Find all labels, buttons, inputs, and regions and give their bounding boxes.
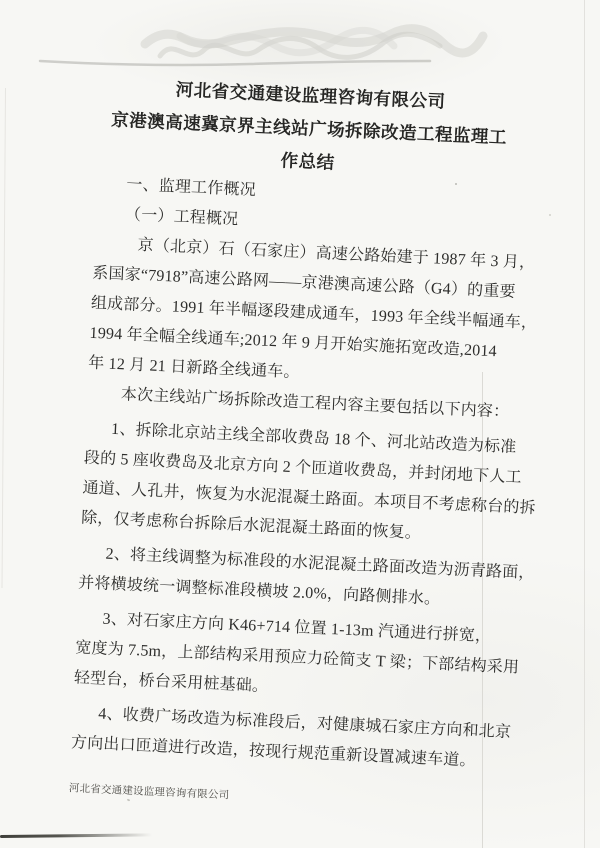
document-title: 河北省交通建设监理咨询有限公司 京港澳高速冀京界主线站广场拆除改造工程监理工 作…: [97, 60, 522, 188]
scan-vertical-line-page-edge: [584, 0, 585, 848]
scan-left-edge-line: [2, 88, 6, 588]
document-content: 河北省交通建设监理咨询有限公司 京港澳高速冀京界主线站广场拆除改造工程监理工 作…: [69, 60, 522, 814]
scan-speck: [127, 798, 131, 801]
page-footer: 河北省交通建设监理咨询有限公司: [69, 780, 489, 814]
scan-speck: [549, 214, 551, 216]
scan-smudge-marks: [30, 18, 490, 74]
scanned-document-page: 河北省交通建设监理咨询有限公司 京港澳高速冀京界主线站广场拆除改造工程监理工 作…: [0, 0, 600, 848]
scan-bottom-streak: [0, 833, 195, 838]
